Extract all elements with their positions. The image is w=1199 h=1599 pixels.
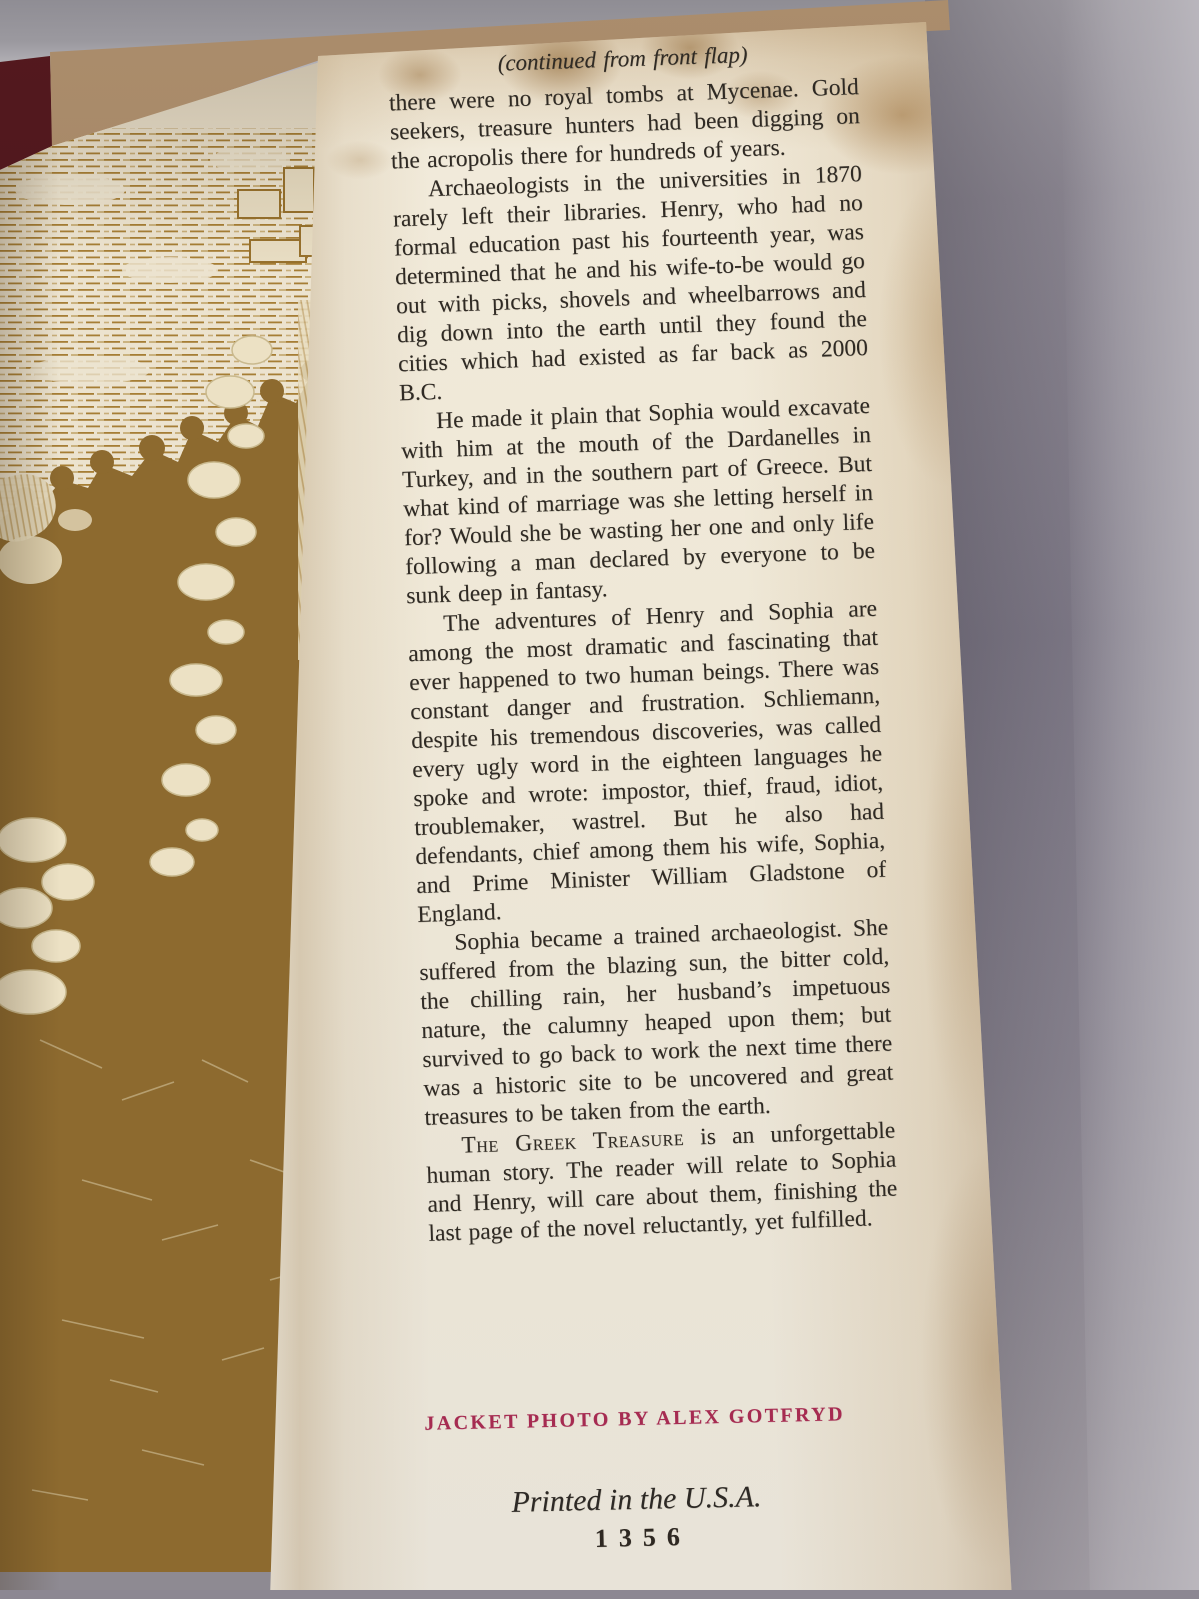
flap-paragraph: He made it plain that Sophia would excav… bbox=[400, 392, 877, 611]
flap-paragraph: The adventures of Henry and Sophia are a… bbox=[407, 595, 888, 930]
book-title-smallcaps: The Greek Treasure bbox=[461, 1125, 684, 1159]
flap-closing-paragraph: The Greek Treasure is an unforgettable h… bbox=[425, 1117, 899, 1249]
flap-paragraph: Archaeologists in the universities in 18… bbox=[392, 160, 870, 408]
printed-in-usa: Printed in the U.S.A. bbox=[396, 1478, 877, 1523]
table-surface-strip bbox=[0, 1590, 1199, 1599]
flap-paragraph: there were no royal tombs at Mycenae. Go… bbox=[389, 73, 862, 176]
flap-paragraph: Sophia became a trained archaeologist. S… bbox=[418, 914, 895, 1133]
flap-text-column: (continued from front flap) there were n… bbox=[387, 36, 898, 1249]
flap-footer: JACKET PHOTO BY ALEX GOTFRYD Printed in … bbox=[394, 1403, 877, 1559]
photo-of-book-jacket-flap: (continued from front flap) there were n… bbox=[0, 0, 1199, 1599]
